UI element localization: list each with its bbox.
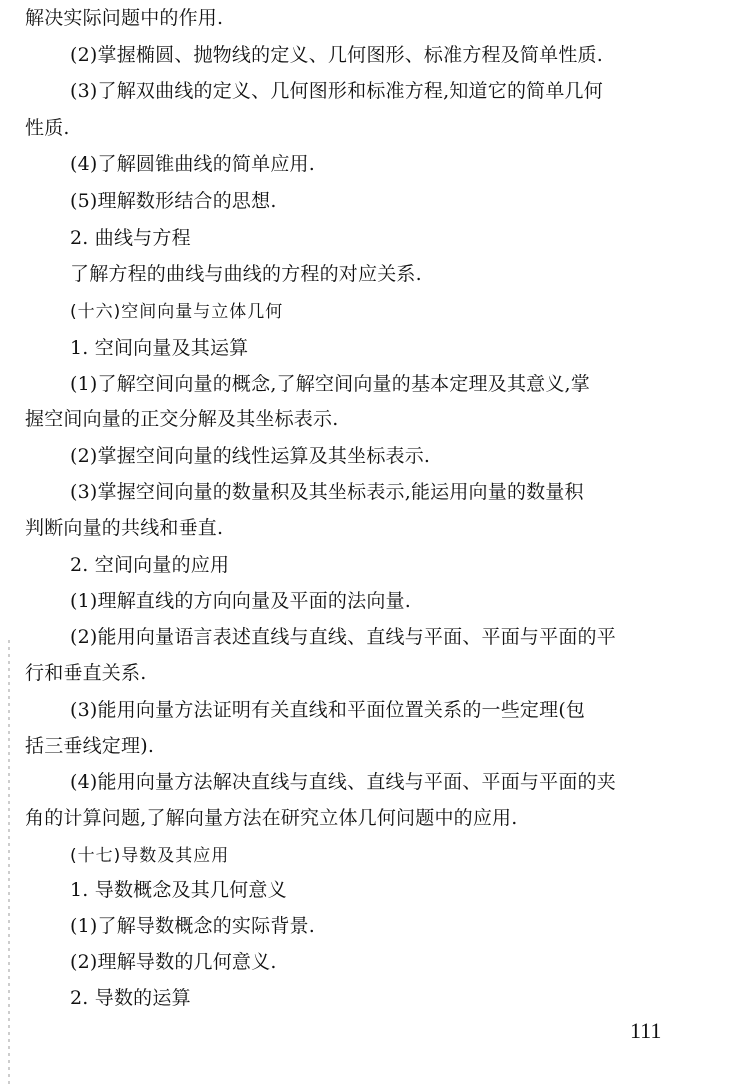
- subsection-heading-curves-equations: 2. 曲线与方程: [70, 225, 191, 251]
- document-page: 解决实际问题中的作用. (2)掌握椭圆、抛物线的定义、几何图形、标准方程及简单性…: [0, 0, 750, 1085]
- section-heading-17: (十七)导数及其应用: [70, 843, 229, 869]
- text-line-continuation: 括三垂线定理).: [25, 733, 154, 759]
- text-line-continuation: 握空间向量的正交分解及其坐标表示.: [25, 406, 338, 432]
- list-item-prove-theorems: (3)能用向量方法证明有关直线和平面位置关系的一些定理(包: [70, 697, 585, 723]
- section-heading-16: (十六)空间向量与立体几何: [70, 299, 283, 325]
- page-number: 111: [630, 1018, 661, 1044]
- text-line-continuation: 行和垂直关系.: [25, 660, 146, 686]
- list-item-derivative-geometric-meaning: (2)理解导数的几何意义.: [70, 949, 277, 975]
- subsection-heading-vector-applications: 2. 空间向量的应用: [70, 552, 229, 578]
- list-item-vector-concept: (1)了解空间向量的概念,了解空间向量的基本定理及其意义,掌: [70, 371, 590, 397]
- text-line-continuation: 判断向量的共线和垂直.: [25, 515, 223, 541]
- list-item-angle-calculation: (4)能用向量方法解决直线与直线、直线与平面、平面与平面的夹: [70, 769, 616, 795]
- list-item-ellipse-parabola: (2)掌握椭圆、抛物线的定义、几何图形、标准方程及简单性质.: [70, 42, 603, 68]
- paragraph-curves-equations: 了解方程的曲线与曲线的方程的对应关系.: [70, 261, 422, 287]
- list-item-hyperbola: (3)了解双曲线的定义、几何图形和标准方程,知道它的简单几何: [70, 78, 603, 104]
- text-line-continuation: 性质.: [25, 115, 70, 141]
- subsection-heading-derivative-operations: 2. 导数的运算: [70, 985, 191, 1011]
- list-item-normal-vector: (1)理解直线的方向向量及平面的法向量.: [70, 588, 411, 614]
- scan-binding-edge: [8, 640, 10, 1085]
- subsection-heading-vector-operations: 1. 空间向量及其运算: [70, 335, 248, 361]
- list-item-parallel-perpendicular: (2)能用向量语言表述直线与直线、直线与平面、平面与平面的平: [70, 624, 616, 650]
- list-item-linear-operations: (2)掌握空间向量的线性运算及其坐标表示.: [70, 443, 430, 469]
- list-item-derivative-background: (1)了解导数概念的实际背景.: [70, 913, 315, 939]
- list-item-dot-product: (3)掌握空间向量的数量积及其坐标表示,能运用向量的数量积: [70, 479, 584, 505]
- list-item-number-shape: (5)理解数形结合的思想.: [70, 188, 277, 214]
- subsection-heading-derivative-concept: 1. 导数概念及其几何意义: [70, 877, 287, 903]
- list-item-conic-applications: (4)了解圆锥曲线的简单应用.: [70, 151, 315, 177]
- text-line-continuation: 角的计算问题,了解向量方法在研究立体几何问题中的应用.: [25, 805, 517, 831]
- text-line-continuation: 解决实际问题中的作用.: [25, 5, 223, 31]
